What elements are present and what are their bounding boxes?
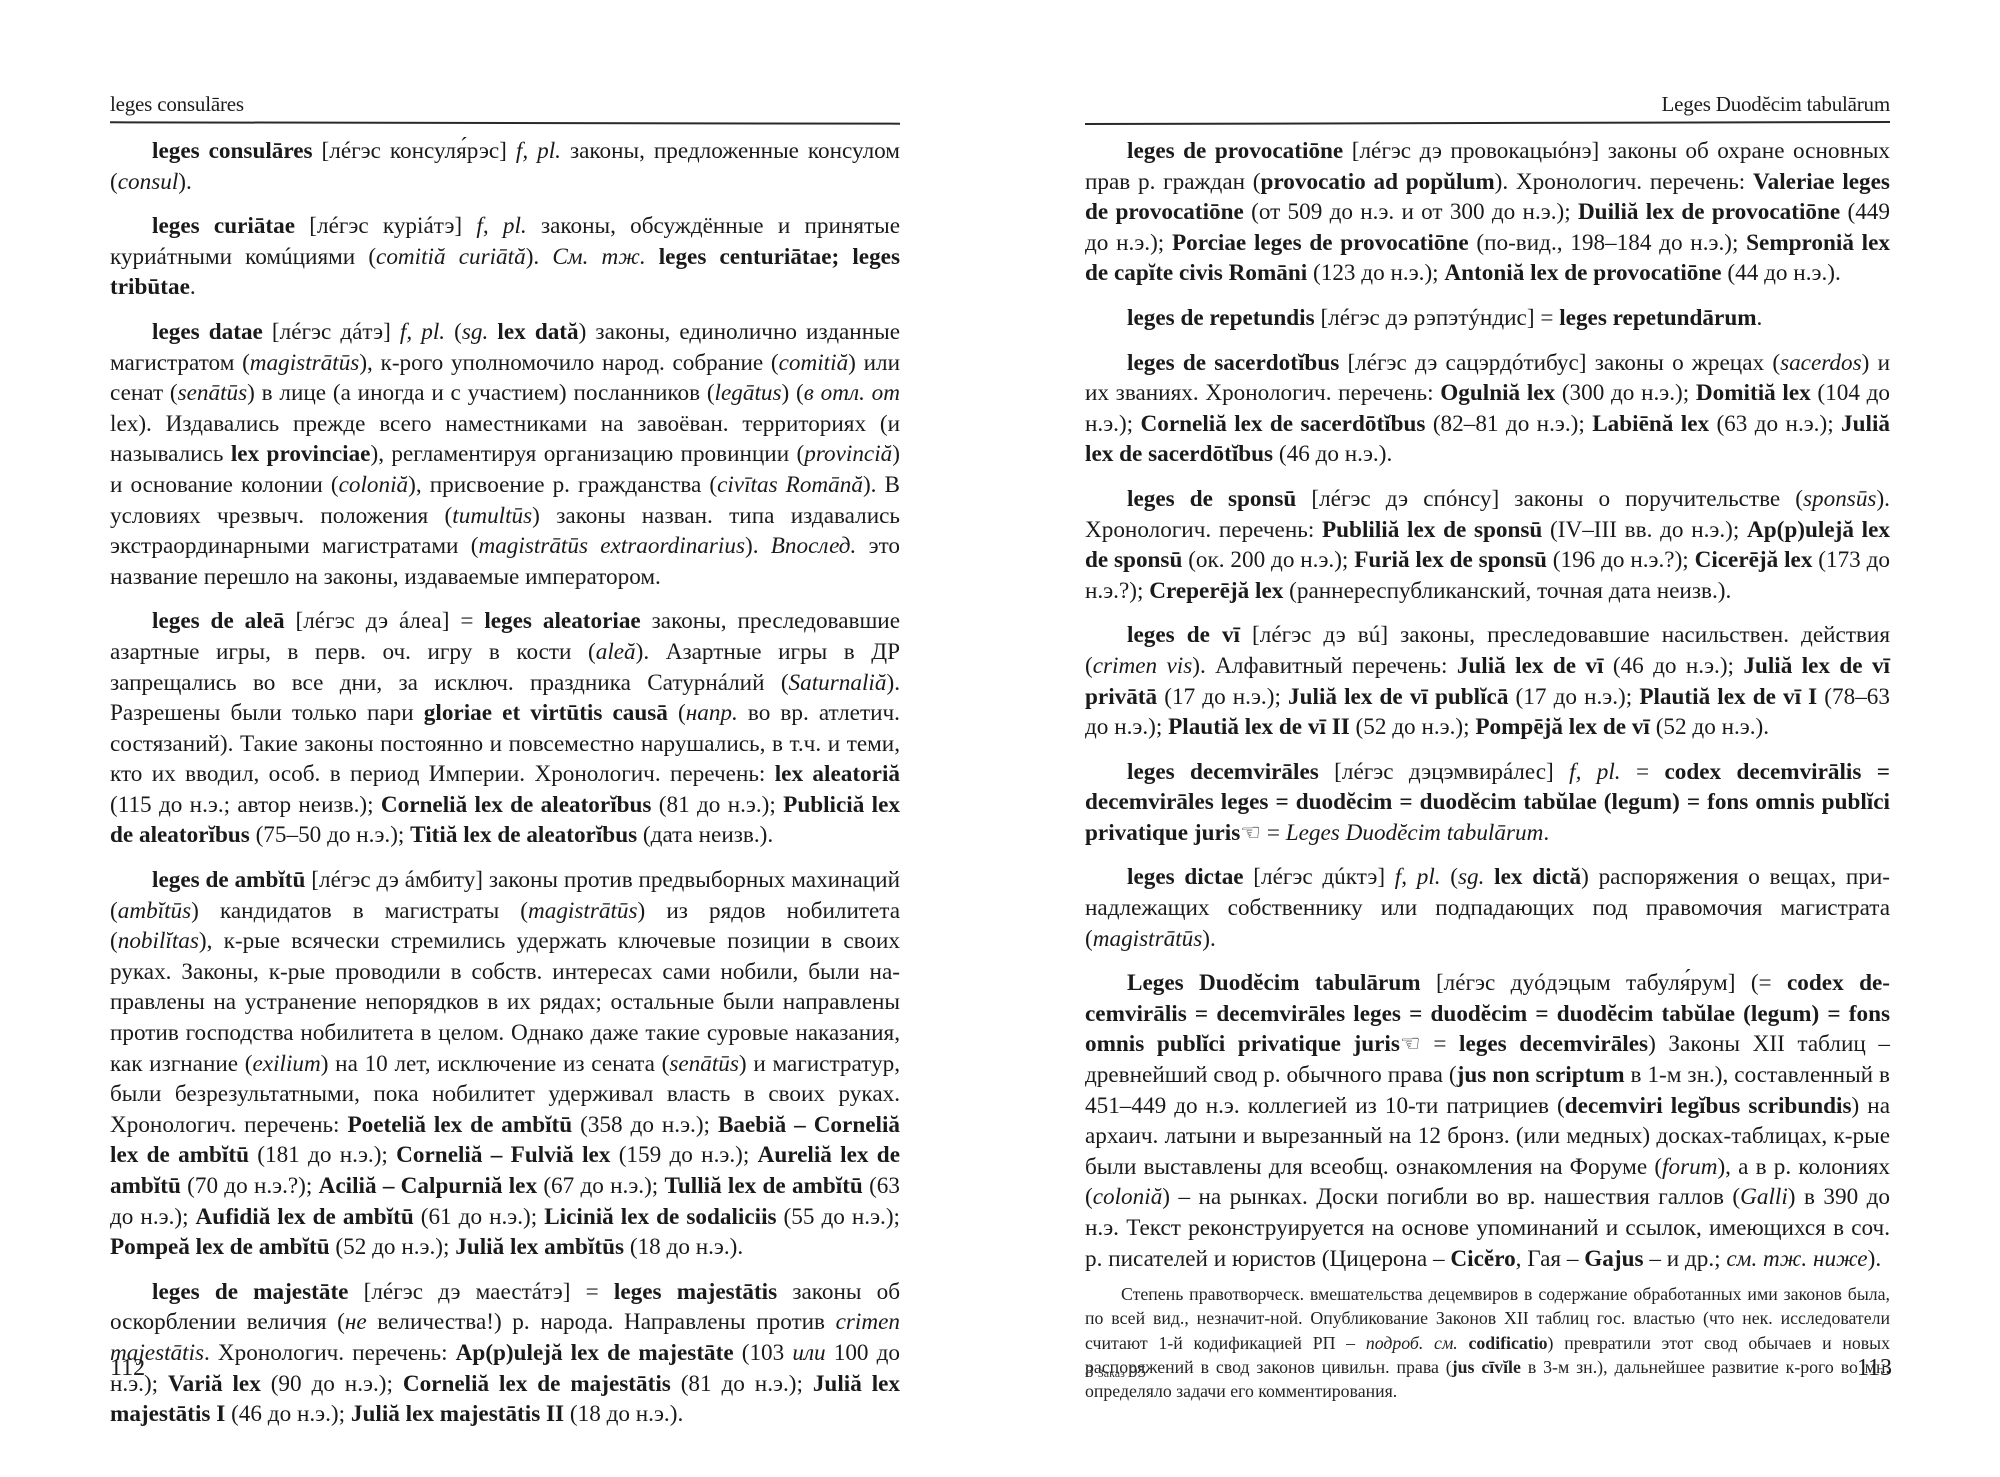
latin-term: Ap(p)ulejă lex de majestāte [456,1340,734,1366]
latin-term: Juliă lex majestātis II [351,1401,564,1427]
latin-term: Creperējă lex [1149,578,1283,604]
latin-term: leges repetundārum [1559,305,1756,331]
body-text [1484,864,1494,890]
body-text: . Хронологич. перечень: [204,1340,456,1366]
italic-text: Leges Duodĕcim tabulārum [1286,820,1544,846]
italic-text: sponsūs [1803,486,1876,512]
latin-term: Corneliă – Fulviă lex [396,1142,610,1168]
italic-text: civītas Romānă [717,472,863,498]
latin-term: Publiliă lex de sponsū [1322,517,1542,543]
body-text: . [1543,820,1549,846]
latin-term: leges decemvirāles [1127,759,1319,785]
left-page: leges consulāres leges consulāres [лéгэс… [0,0,1000,1477]
body-text: (67 до н.э.); [537,1173,664,1199]
italic-text: См. тж. [552,244,645,270]
body-text: (46 до н.э.); [225,1401,351,1427]
body-text: (18 до н.э.). [564,1401,683,1427]
body-text: (81 до н.э.); [651,792,783,818]
italic-text: magistrātūs [250,350,360,376]
body-text: ), присвоение р. гражданства ( [408,472,717,498]
body-text: (75–50 до н.э.); [250,822,410,848]
italic-text: см. тж. ниже [1726,1246,1867,1272]
dictionary-entry: leges de ambĭtū [лéгэс дэ áмбиту] законы… [110,865,900,1263]
body-text: (44 до н.э.). [1722,260,1841,286]
body-text: [лéгэс дэ áлеа] = [285,608,485,634]
italic-text: nobilĭtas [118,928,199,954]
body-text: [лéгэс дэ сацэрдóтибус] законы о жрецах … [1339,350,1780,376]
body-text: (70 до н.э.?); [181,1173,319,1199]
dictionary-entry: leges de repetundis [лéгэс дэ рэпэтýндис… [1085,303,1890,334]
latin-term: Cicĕro [1450,1246,1515,1272]
body-text: (196 до н.э.?); [1547,547,1695,573]
italic-text: или [792,1340,825,1366]
latin-term: Domitiă lex [1696,380,1811,406]
latin-term: Gajus [1584,1246,1643,1272]
body-text: (дата неизв.). [637,822,773,848]
latin-term: Duiliă lex de provocatiōne [1578,199,1840,225]
latin-term: Corneliă lex de aleatorĭbus [381,792,652,818]
body-text: ), регламентируя организацию провин­ции … [370,441,804,467]
italic-text: legātus [715,380,782,406]
body-text: (по-вид., 198–184 до н.э.); [1469,230,1747,256]
latin-term: leges aleatoriae [484,608,640,634]
body-text: ). [745,533,771,559]
body-text: (46 до н.э.). [1273,441,1392,467]
italic-text: f, pl. [1569,759,1620,785]
latin-term: codificatio [1469,1333,1548,1353]
italic-text: forum [1662,1154,1717,1180]
dictionary-entry: leges datae [лéгэс дáтэ] f, pl. (sg. lex… [110,317,900,592]
latin-term: Titiă lex de aleatorĭbus [410,822,637,848]
text-column: leges de provocatiōne [лéгэс дэ провокац… [1085,136,1890,1417]
latin-term: leges decemvirāles [1459,1031,1648,1057]
latin-term: leges de majestāte [152,1279,348,1305]
body-text: (300 до н.э.); [1555,380,1696,406]
latin-term: jus cīvĭle [1452,1357,1521,1377]
text-column: leges consulāres [лéгэс консуля́рэс] f, … [110,136,900,1444]
latin-term: gloriae et virtūtis causā [424,700,668,726]
latin-term: Cicerējă lex [1695,547,1813,573]
italic-text: senātūs [669,1051,739,1077]
body-text: (раннереспубликанский, точная дата неизв… [1283,578,1731,604]
dictionary-entry: leges de sacerdotĭbus [лéгэс дэ сацэрдóт… [1085,348,1890,470]
body-text: ☜ = [1400,1031,1459,1057]
latin-term: Pompeă lex de ambĭtū [110,1234,330,1260]
italic-text: в отл. от [804,380,900,406]
latin-term: leges majestātis [614,1279,777,1305]
body-text: (81 до н.э.); [671,1371,813,1397]
body-text: ) в лице (а иногда и с участием) посланн… [247,380,714,406]
dictionary-entry: leges de majestāte [лéгэс дэ маестáтэ] =… [110,1277,900,1430]
body-text: величества!) р. народа. Направлены проти… [367,1309,836,1335]
latin-term: Plautiă lex de vī I [1639,684,1817,710]
body-text: (17 до н.э.); [1157,684,1288,710]
italic-text: coloniă [1093,1184,1163,1210]
body-text: ), к-рого уполномочило народ. собрание ( [359,350,778,376]
italic-text: tumultūs [452,503,532,529]
body-text: ( [445,319,462,345]
latin-term: leges consulāres [152,138,313,164]
latin-term: lex dată [497,319,578,345]
body-text: (от 509 до н.э. и от 300 до н.э.); [1244,199,1578,225]
latin-term: Furiă lex de sponsū [1354,547,1547,573]
signature-number: 8 [1085,1362,1094,1381]
latin-term: Porciae leges de provocatiōne [1172,230,1469,256]
italic-text: magistrātūs [1093,926,1203,952]
body-text: (55 до н.э.); [777,1204,900,1230]
body-text: (115 до н.э.; автор неизв.); [110,792,381,818]
body-text: ( [668,700,686,726]
latin-term: leges de aleā [152,608,285,634]
italic-text: не [345,1309,367,1335]
body-text: (90 до н.э.); [261,1371,403,1397]
signature-word: Заказ [1098,1366,1125,1380]
latin-term: Liciniă lex de sodaliciis [544,1204,776,1230]
latin-term: jus non scriptum [1457,1062,1625,1088]
body-text: [лéгэс дúктэ] [1244,864,1395,890]
italic-text: consul [118,169,179,195]
body-text: (63 до н.э.); [1709,411,1841,437]
dictionary-entry: leges curiātae [лéгэс курiáтэ] f, pl. за… [110,211,900,303]
latin-term: Variă lex [168,1371,261,1397]
body-text: ☜ = [1240,820,1285,846]
body-text: ). [1202,926,1216,952]
body-text: . [190,274,196,300]
page-number: 112 [110,1355,145,1382]
italic-text: sacerdos [1780,350,1862,376]
body-text [646,244,659,270]
italic-text: exilium [253,1051,321,1077]
body-text: – и др.; [1644,1246,1727,1272]
dictionary-entry: leges consulāres [лéгэс консуля́рэс] f, … [110,136,900,197]
latin-term: provocatio ad popŭlum [1261,169,1495,195]
italic-text: crimen vis [1093,653,1193,679]
italic-text: sg. [1458,864,1484,890]
body-text: ) кандидатов в магистраты ( [191,898,528,924]
latin-term: leges de ambĭtū [152,867,305,893]
italic-text: magistrātūs [528,898,638,924]
latin-term: leges de sacerdotĭbus [1127,350,1339,376]
body-text: [лéгэс дуóдэцым табуля́рум] (= [1421,970,1787,996]
latin-term: Ogulniă lex [1440,380,1555,406]
latin-term: Corneliă lex de majestātis [403,1371,671,1397]
latin-term: leges de provocatiōne [1127,138,1343,164]
latin-term: Juliă lex de vī [1457,653,1604,679]
italic-text: Galli [1740,1184,1788,1210]
latin-term: lex provinciae [231,441,371,467]
signature-code: 95 [1129,1362,1146,1381]
body-text: (46 до н.э.); [1603,653,1743,679]
page-number: 113 [1857,1355,1892,1382]
latin-term: Labiēnă lex [1592,411,1709,437]
latin-term: leges de repetundis [1127,305,1315,331]
body-text: (18 до н.э.). [624,1234,743,1260]
italic-text: f, pl. [1395,864,1441,890]
latin-term: Juliă lex de vī publĭcā [1288,684,1508,710]
latin-term: leges de vī [1127,622,1240,648]
latin-term: leges curiātae [152,213,295,239]
body-text: [лéгэс дэ рэпэтýндис] = [1315,305,1560,331]
dictionary-entry: leges de vī [лéгэс дэ вú] законы, пресле… [1085,620,1890,742]
body-text: (181 до н.э.); [249,1142,396,1168]
body-text [1458,1333,1469,1353]
dictionary-entry: leges de aleā [лéгэс дэ áлеа] = leges al… [110,606,900,851]
italic-text: f, pl. [400,319,445,345]
latin-term: leges datae [152,319,263,345]
latin-term: lex aleatoriă [775,761,900,787]
italic-text: coloniă [339,472,409,498]
body-text: (103 [734,1340,793,1366]
latin-term: decemviri legĭbus scribundis [1565,1093,1852,1119]
body-text: ) на 10 лет, исключение из сената ( [321,1051,670,1077]
italic-text: aleă [596,639,636,665]
latin-term: Pompējă lex de vī [1475,714,1650,740]
right-page: Leges Duodĕcim tabulārum leges de provoc… [1000,0,2000,1477]
italic-text: magistrātūs extraordina­rius [478,533,745,559]
italic-text: provinciă [804,441,892,467]
body-text: = [1621,759,1665,785]
body-text: (IV–III вв. до н.э.); [1542,517,1747,543]
body-text: (358 до н.э.); [572,1112,718,1138]
body-text: [лéгэс дэ маестáтэ] = [348,1279,613,1305]
printer-signature: 8 Заказ 95 [1085,1362,1146,1382]
dictionary-entry: Leges Duodĕcim tabulārum [лéгэс дуóдэцым… [1085,968,1890,1274]
latin-term: leges de sponsū [1127,486,1296,512]
body-text: ). [1868,1246,1882,1272]
body-text: ). Алфавитный перечень: [1192,653,1457,679]
body-text: (ок. 200 до н.э.); [1182,547,1354,573]
body-text: [лéгэс консуля́рэс] [313,138,516,164]
body-text: ( [1441,864,1458,890]
header-rule [110,121,900,124]
body-text: ). Хронологич. перечень: [1495,169,1753,195]
body-text: (61 до н.э.); [414,1204,544,1230]
body-text: ). [526,244,553,270]
body-text: ) – на рынках. Доски погибли во вр. наше… [1162,1184,1740,1210]
latin-term: Tulliă lex de ambĭtū [665,1173,863,1199]
latin-term: lex dictă [1494,864,1581,890]
body-text: [лéгэс дэцэмвирáлес] [1319,759,1569,785]
small-print-note: Степень правотворческ. вмешательства дец… [1085,1282,1890,1403]
body-text: (17 до н.э.); [1508,684,1639,710]
italic-text: sg. [462,319,488,345]
italic-text: comitiă curiātă [376,244,526,270]
body-text: (159 до н.э.); [610,1142,757,1168]
body-text: ) ( [782,380,804,406]
body-text: (123 до н.э.); [1307,260,1444,286]
body-text: (82–81 до н.э.); [1425,411,1592,437]
latin-term: Aciliă – Calpurniă lex [319,1173,537,1199]
latin-term: Aufidiă lex de ambĭtū [196,1204,414,1230]
italic-text: f, pl. [516,138,561,164]
italic-text: senātūs [178,380,248,406]
body-text: . [1757,305,1763,331]
body-text: [лéгэс дэ спóнсу] законы о поручительств… [1296,486,1803,512]
italic-text: Впослед. [771,533,857,559]
italic-text: f, pl. [476,213,526,239]
latin-term: Poeteliă lex de ambĭtū [347,1112,572,1138]
body-text: [лéгэс курiáтэ] [295,213,476,239]
italic-text: Saturnaliă [789,670,887,696]
latin-term: Juliă lex ambĭtūs [455,1234,624,1260]
italic-text: ambĭtūs [118,898,191,924]
latin-term: leges dictae [1127,864,1244,890]
header-rule [1085,121,1890,125]
dictionary-entry: leges de sponsū [лéгэс дэ спóнсу] законы… [1085,484,1890,606]
latin-term: Antoniă lex de provocatiōne [1444,260,1721,286]
body-text: [лéгэс дáтэ] [263,319,400,345]
body-text: (52 до н.э.). [1650,714,1769,740]
latin-term: Plautiă lex de vī II [1168,714,1350,740]
italic-text: comitiă [779,350,849,376]
body-text: , Гая – [1516,1246,1585,1272]
body-text: (52 до н.э.); [330,1234,456,1260]
body-text: ). [178,169,192,195]
dictionary-entry: leges decemvirāles [лéгэс дэцэмвирáлес] … [1085,757,1890,849]
running-head: Leges Duodĕcim tabulārum [1662,92,1890,117]
dictionary-entry: leges dictae [лéгэс дúктэ] f, pl. (sg. l… [1085,862,1890,954]
latin-term: Leges Duodĕcim tabulārum [1127,970,1421,996]
running-head: leges consulāres [110,92,244,117]
italic-text: напр. [686,700,738,726]
italic-text: подроб. см. [1366,1333,1458,1353]
dictionary-entry: leges de provocatiōne [лéгэс дэ провокац… [1085,136,1890,289]
latin-term: Corneliă lex de sacerdōtĭbus [1141,411,1426,437]
body-text: (52 до н.э.); [1350,714,1476,740]
